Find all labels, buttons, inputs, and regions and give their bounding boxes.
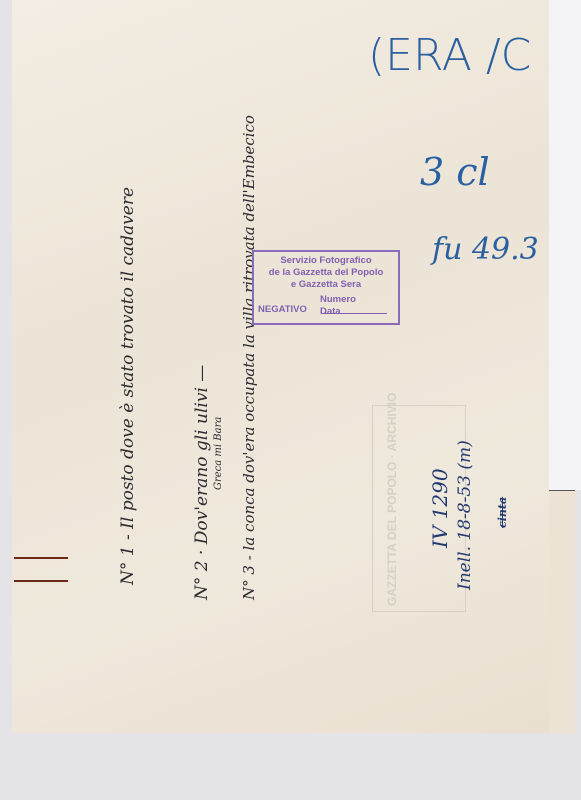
note-line-2-sub: Greca mi Bara <box>213 417 224 490</box>
gazzetta-photo-service-stamp: Servizio Fotografico de la Gazzetta del … <box>252 250 400 325</box>
note-line-2: N° 2 · Dov'erano gli ulivi — <box>192 365 212 600</box>
stamp-line-1: Servizio Fotografico <box>258 255 394 267</box>
note-struck-word: cinta <box>496 497 509 528</box>
note-fu-49-3: fu 49.3 <box>432 232 539 267</box>
scanner-background <box>549 0 581 490</box>
stamp-data-label: Data <box>320 306 341 317</box>
note-ref-number: IV 1290 <box>428 468 452 548</box>
stamp-line-3: e Gazzetta Sera <box>258 279 394 291</box>
paper-extension <box>549 490 575 734</box>
note-era: (ERA /C <box>368 30 531 81</box>
note-date: Inell. 18-8-53 (m) <box>455 440 475 590</box>
stamp-numero-label: Numero <box>320 294 356 305</box>
photo-verso-paper <box>12 0 549 733</box>
note-line-1: N° 1 - Il posto dove è stato trovato il … <box>118 187 138 585</box>
note-3cl: 3 cl <box>420 150 490 194</box>
stamp-line-2: de la Gazzetta del Popolo <box>258 267 394 279</box>
burn-mark <box>14 557 68 559</box>
stamp-negativo-label: NEGATIVO <box>258 304 307 316</box>
note-line-3: N° 3 - la conca dov'era occupata la vill… <box>240 115 258 600</box>
faded-stamp-text: GAZZETTA DEL POPOLO · ARCHIVIO <box>385 393 399 606</box>
burn-mark <box>14 580 68 582</box>
